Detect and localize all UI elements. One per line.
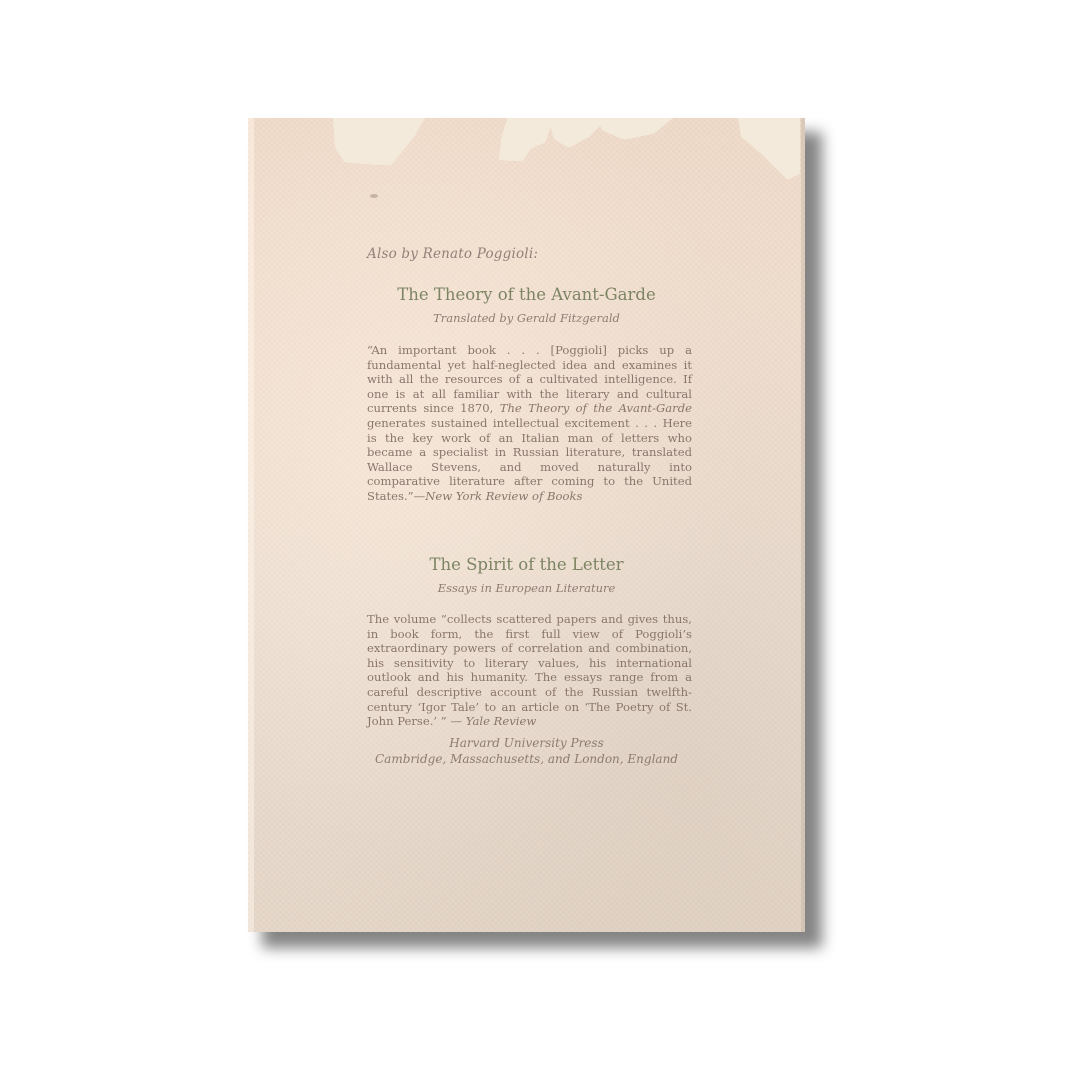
publisher-location: Cambridge, Massachusetts, and London, En… — [248, 751, 805, 767]
review-text: The volume “collects scattered papers an… — [367, 612, 692, 728]
book-back-cover: Also by Renato Poggioli: The Theory of t… — [248, 118, 805, 932]
review-source: Yale Review — [466, 714, 537, 728]
book-title-avant-garde: The Theory of the Avant-Garde — [248, 285, 805, 304]
book-subtitle-essays: Essays in European Literature — [248, 581, 805, 595]
publisher-block: Harvard University Press Cambridge, Mass… — [248, 735, 805, 767]
publisher-name: Harvard University Press — [248, 735, 805, 751]
review-source: New York Review of Books — [425, 489, 582, 503]
book-title-spirit-of-letter: The Spirit of the Letter — [248, 555, 805, 574]
review-spirit-of-letter: The volume “collects scattered papers an… — [367, 612, 692, 729]
review-avant-garde: “An important book . . . [Poggioli] pick… — [367, 343, 692, 504]
also-by-heading: Also by Renato Poggioli: — [367, 246, 538, 262]
cover-text: Also by Renato Poggioli: The Theory of t… — [248, 118, 805, 932]
book-subtitle-translator: Translated by Gerald Fitzgerald — [248, 311, 805, 325]
review-italic-title: The Theory of the Avant-Garde — [500, 401, 692, 415]
